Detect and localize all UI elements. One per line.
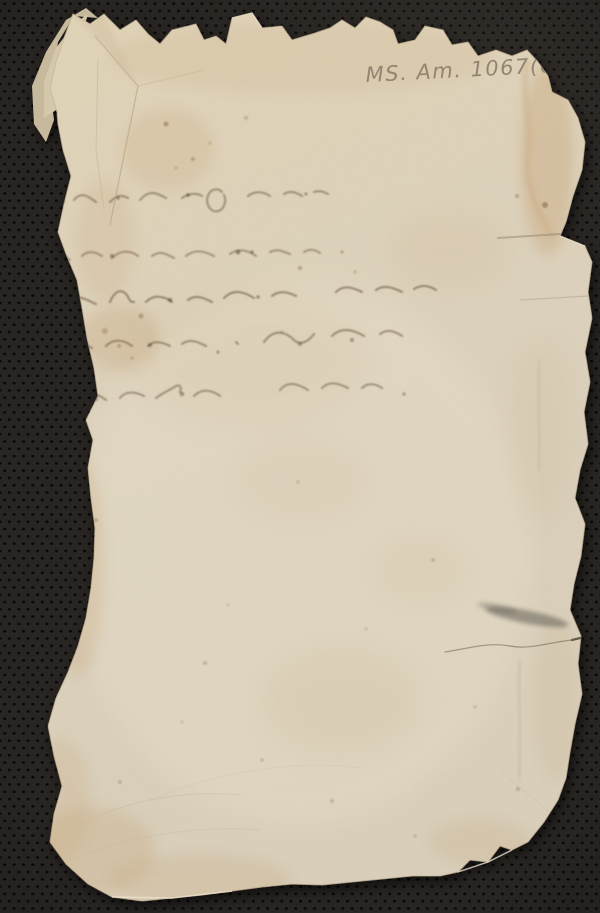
manuscript-photograph: MS. Am. 1067(6) (0, 0, 600, 913)
manuscript-artifact: MS. Am. 1067(6) (0, 0, 600, 913)
stain (430, 820, 530, 864)
paper-sheet: MS. Am. 1067(6) (30, 0, 600, 913)
stain (260, 645, 420, 755)
stain (230, 435, 370, 525)
stain (534, 620, 578, 780)
stain (77, 180, 133, 300)
stain-bottom-edge (110, 856, 290, 908)
stain (130, 290, 370, 430)
tear-crack-left (42, 152, 52, 288)
stain (390, 210, 510, 290)
stain-left-band (52, 455, 104, 675)
stain (370, 535, 470, 605)
stain (30, 740, 90, 860)
stain (122, 110, 214, 190)
